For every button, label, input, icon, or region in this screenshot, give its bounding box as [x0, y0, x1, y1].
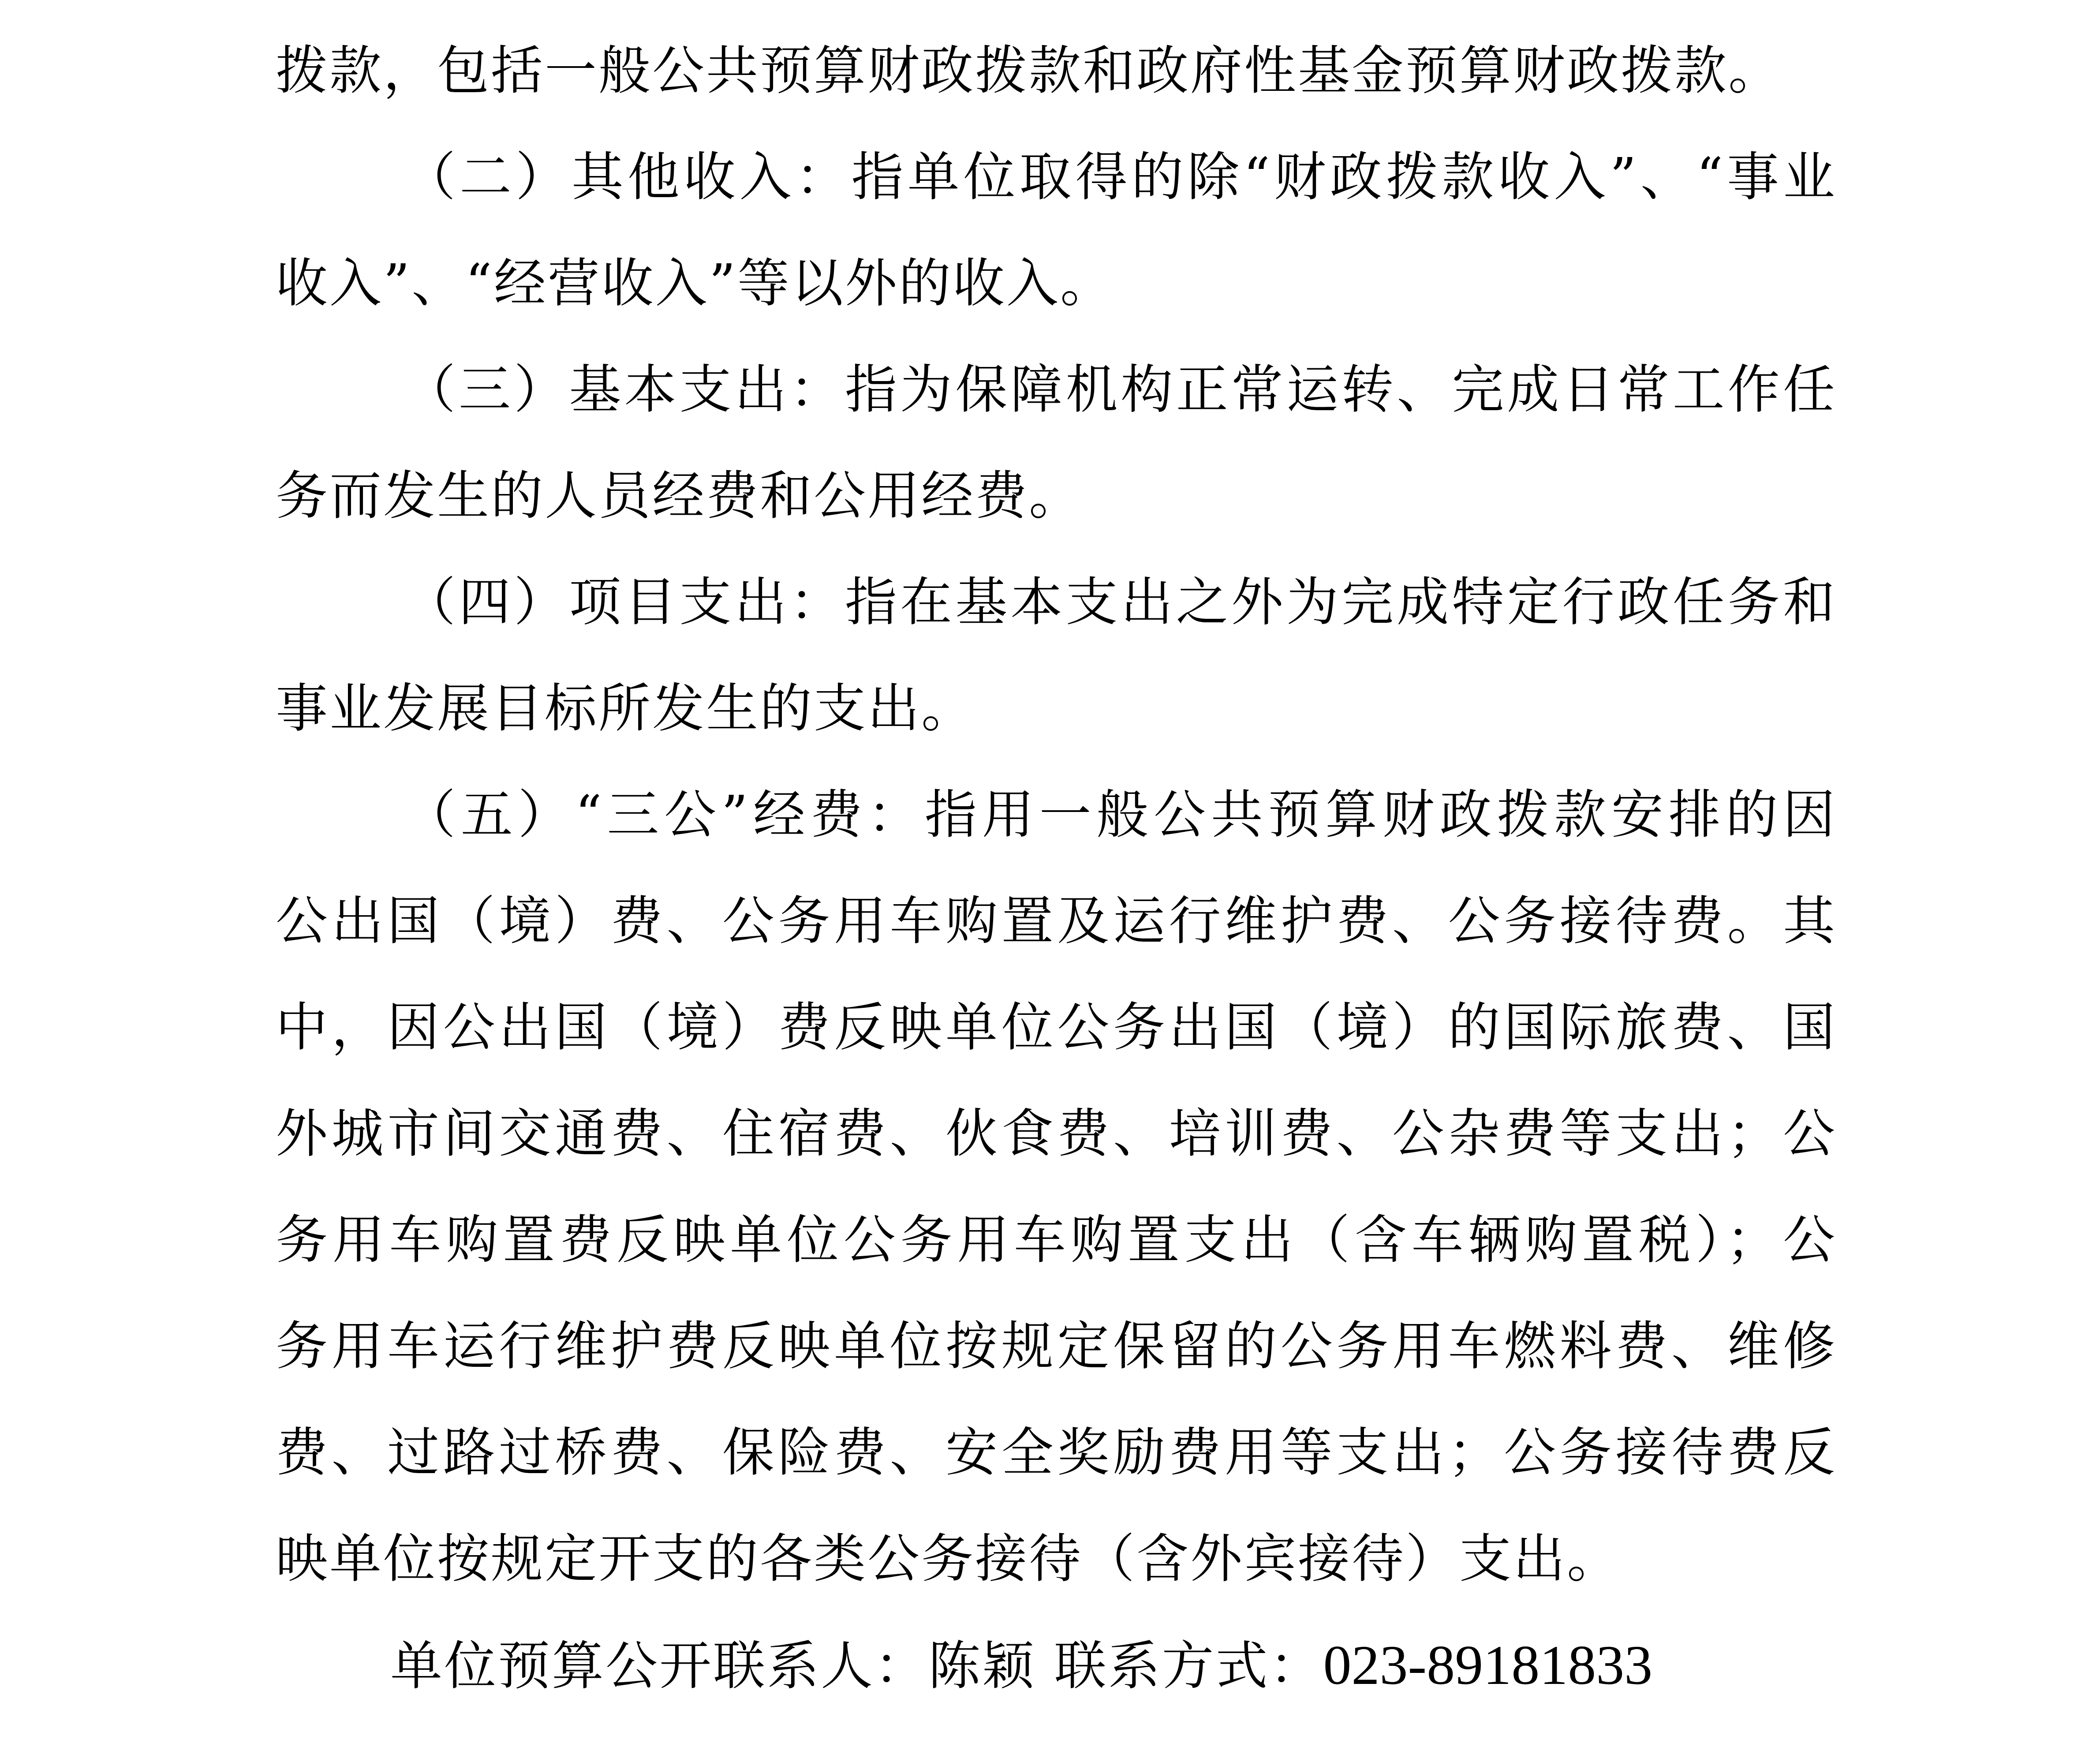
text-line: （二）其他收入：指单位取得的除“财政拨款收入”、“事业	[276, 124, 1837, 230]
paragraph-fiscal-appropriation-tail: 拨款，包括一般公共预算财政拨款和政府性基金预算财政拨款。	[276, 18, 1837, 124]
text-line: （五）“三公”经费：指用一般公共预算财政拨款安排的因	[276, 762, 1837, 868]
text-line: 外城市间交通费、住宿费、伙食费、培训费、公杂费等支出；公	[276, 1081, 1837, 1187]
text-line: 务用车购置费反映单位公务用车购置支出（含车辆购置税）；公	[276, 1187, 1837, 1293]
paragraph-three-public-expenses: （五）“三公”经费：指用一般公共预算财政拨款安排的因 公出国（境）费、公务用车购…	[276, 762, 1837, 1612]
text-line: 务用车运行维护费反映单位按规定保留的公务用车燃料费、维修	[276, 1293, 1837, 1399]
paragraph-basic-expenditure: （三）基本支出：指为保障机构正常运转、完成日常工作任 务而发生的人员经费和公用经…	[276, 337, 1837, 549]
contact-name: 陈颖	[928, 1635, 1036, 1696]
text-line: 公出国（境）费、公务用车购置及运行维护费、公务接待费。其	[276, 868, 1837, 974]
contact-phone: 023-89181833	[1323, 1634, 1653, 1696]
paragraph-other-income: （二）其他收入：指单位取得的除“财政拨款收入”、“事业 收入”、“经营收入”等以…	[276, 124, 1837, 337]
text-line: 事业发展目标所发生的支出。	[276, 655, 1837, 762]
text-line: 中，因公出国（境）费反映单位公务出国（境）的国际旅费、国	[276, 974, 1837, 1081]
contact-label: 单位预算公开联系人：	[390, 1635, 928, 1696]
text-line: 费、过路过桥费、保险费、安全奖励费用等支出；公务接待费反	[276, 1399, 1837, 1506]
text-line: 务而发生的人员经费和公用经费。	[276, 443, 1837, 549]
text-line: （四）项目支出：指在基本支出之外为完成特定行政任务和	[276, 549, 1837, 655]
contact-line: 单位预算公开联系人：陈颖 联系方式：023-89181833	[276, 1612, 1837, 1718]
text-line: 收入”、“经营收入”等以外的收入。	[276, 230, 1837, 337]
document-page: 拨款，包括一般公共预算财政拨款和政府性基金预算财政拨款。 （二）其他收入：指单位…	[276, 18, 1837, 1718]
text-line: 映单位按规定开支的各类公务接待（含外宾接待）支出。	[276, 1506, 1837, 1612]
text-line: 拨款，包括一般公共预算财政拨款和政府性基金预算财政拨款。	[276, 18, 1837, 124]
paragraph-project-expenditure: （四）项目支出：指在基本支出之外为完成特定行政任务和 事业发展目标所发生的支出。	[276, 549, 1837, 762]
contact-method-label: 联系方式：	[1054, 1635, 1323, 1696]
text-line: （三）基本支出：指为保障机构正常运转、完成日常工作任	[276, 337, 1837, 443]
